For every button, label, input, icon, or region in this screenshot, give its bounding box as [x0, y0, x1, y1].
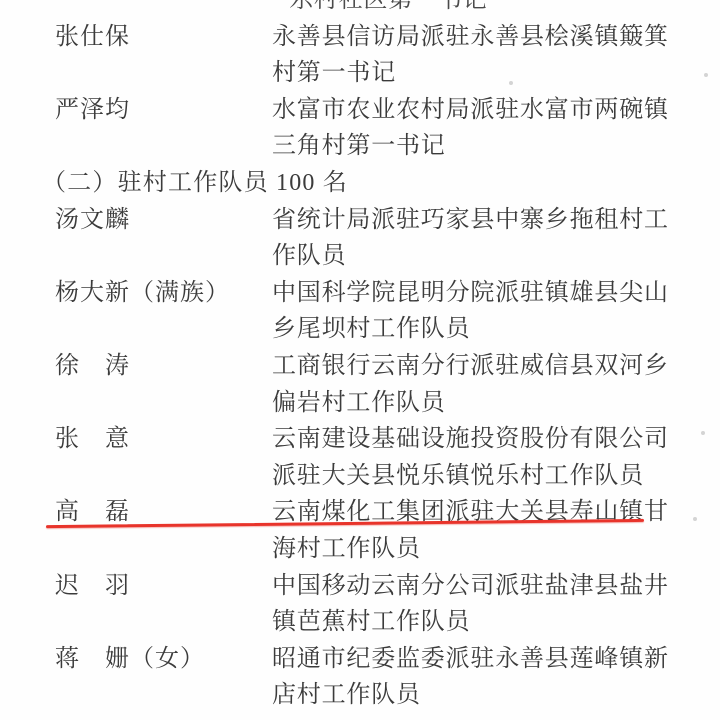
section-heading: （二）驻村工作队员 100 名 [0, 165, 720, 202]
person-name: 汤文麟 [55, 202, 130, 239]
assignment-text: 作队员 [272, 238, 346, 275]
assignment-text: 店村工作队员 [272, 677, 421, 714]
person-name: 严泽均 [55, 92, 130, 129]
document-line: 严泽均 水富市农业农村局派驻水富市两碗镇 [0, 92, 720, 129]
document-line: 偏岩村工作队员 [0, 385, 720, 422]
document-page: 乐村社区第一书记 张仕保 永善县信访局派驻永善县桧溪镇簸箕 村第一书记 严泽均 … [0, 0, 720, 720]
person-name: 蒋 姗（女） [55, 641, 205, 678]
assignment-text: 工商银行云南分行派驻威信县双河乡 [272, 348, 669, 385]
assignment-text: 水富市农业农村局派驻水富市两碗镇 [272, 92, 669, 129]
document-line: 汤文麟 省统计局派驻巧家县中寨乡拖租村工 [0, 202, 720, 239]
person-name: 杨大新（满族） [55, 275, 230, 312]
assignment-text: 乐村社区第一书记 [289, 0, 487, 19]
person-name: 徐 涛 [55, 348, 130, 385]
document-line: 徐 涛 工商银行云南分行派驻威信县双河乡 [0, 348, 720, 385]
scan-speck [693, 517, 697, 521]
assignment-text: 派驻大关县悦乐镇悦乐村工作队员 [272, 458, 644, 495]
document-line: 乡尾坝村工作队员 [0, 311, 720, 348]
assignment-text: 永善县信访局派驻永善县桧溪镇簸箕 [272, 19, 669, 56]
assignment-text: 省统计局派驻巧家县中寨乡拖租村工 [272, 202, 669, 239]
assignment-text: 村第一书记 [272, 55, 396, 92]
assignment-text: 偏岩村工作队员 [272, 385, 446, 422]
document-line: 派驻大关县悦乐镇悦乐村工作队员 [0, 458, 720, 495]
scan-speck [509, 81, 513, 85]
document-line: 三角村第一书记 [0, 128, 720, 165]
section-heading-text: （二）驻村工作队员 100 名 [42, 165, 348, 202]
document-line: 蒋 姗（女） 昭通市纪委监委派驻永善县莲峰镇新 [0, 641, 720, 678]
assignment-text: 昭通市纪委监委派驻永善县莲峰镇新 [272, 641, 669, 678]
scan-speck [701, 431, 705, 435]
clipped-top-line: 乐村社区第一书记 [0, 0, 720, 19]
document-line: 杨大新（满族） 中国科学院昆明分院派驻镇雄县尖山 [0, 275, 720, 312]
assignment-text: 三角村第一书记 [272, 128, 446, 165]
assignment-text: 中国移动云南分公司派驻盐津县盐井 [272, 568, 669, 605]
person-name: 张 意 [55, 421, 130, 458]
document-line: 镇芭蕉村工作队员 [0, 604, 720, 641]
assignment-text: 云南建设基础设施投资股份有限公司 [272, 421, 669, 458]
assignment-text: 乡尾坝村工作队员 [272, 311, 470, 348]
person-name: 张仕保 [55, 19, 130, 56]
document-line: 迟 羽 中国移动云南分公司派驻盐津县盐井 [0, 568, 720, 605]
assignment-text: 海村工作队员 [272, 531, 421, 568]
assignment-text: 中国科学院昆明分院派驻镇雄县尖山 [272, 275, 669, 312]
document-line: 作队员 [0, 238, 720, 275]
document-line: 张仕保 永善县信访局派驻永善县桧溪镇簸箕 [0, 19, 720, 56]
assignment-text: 云南煤化工集团派驻大关县寿山镇甘 [272, 494, 669, 531]
document-line: 店村工作队员 [0, 677, 720, 714]
document-line: 张 意 云南建设基础设施投资股份有限公司 [0, 421, 720, 458]
scan-speck [704, 73, 708, 77]
assignment-text: 镇芭蕉村工作队员 [272, 604, 470, 641]
document-line: 海村工作队员 [0, 531, 720, 568]
document-line: 村第一书记 [0, 55, 720, 92]
person-name: 迟 羽 [55, 568, 130, 605]
